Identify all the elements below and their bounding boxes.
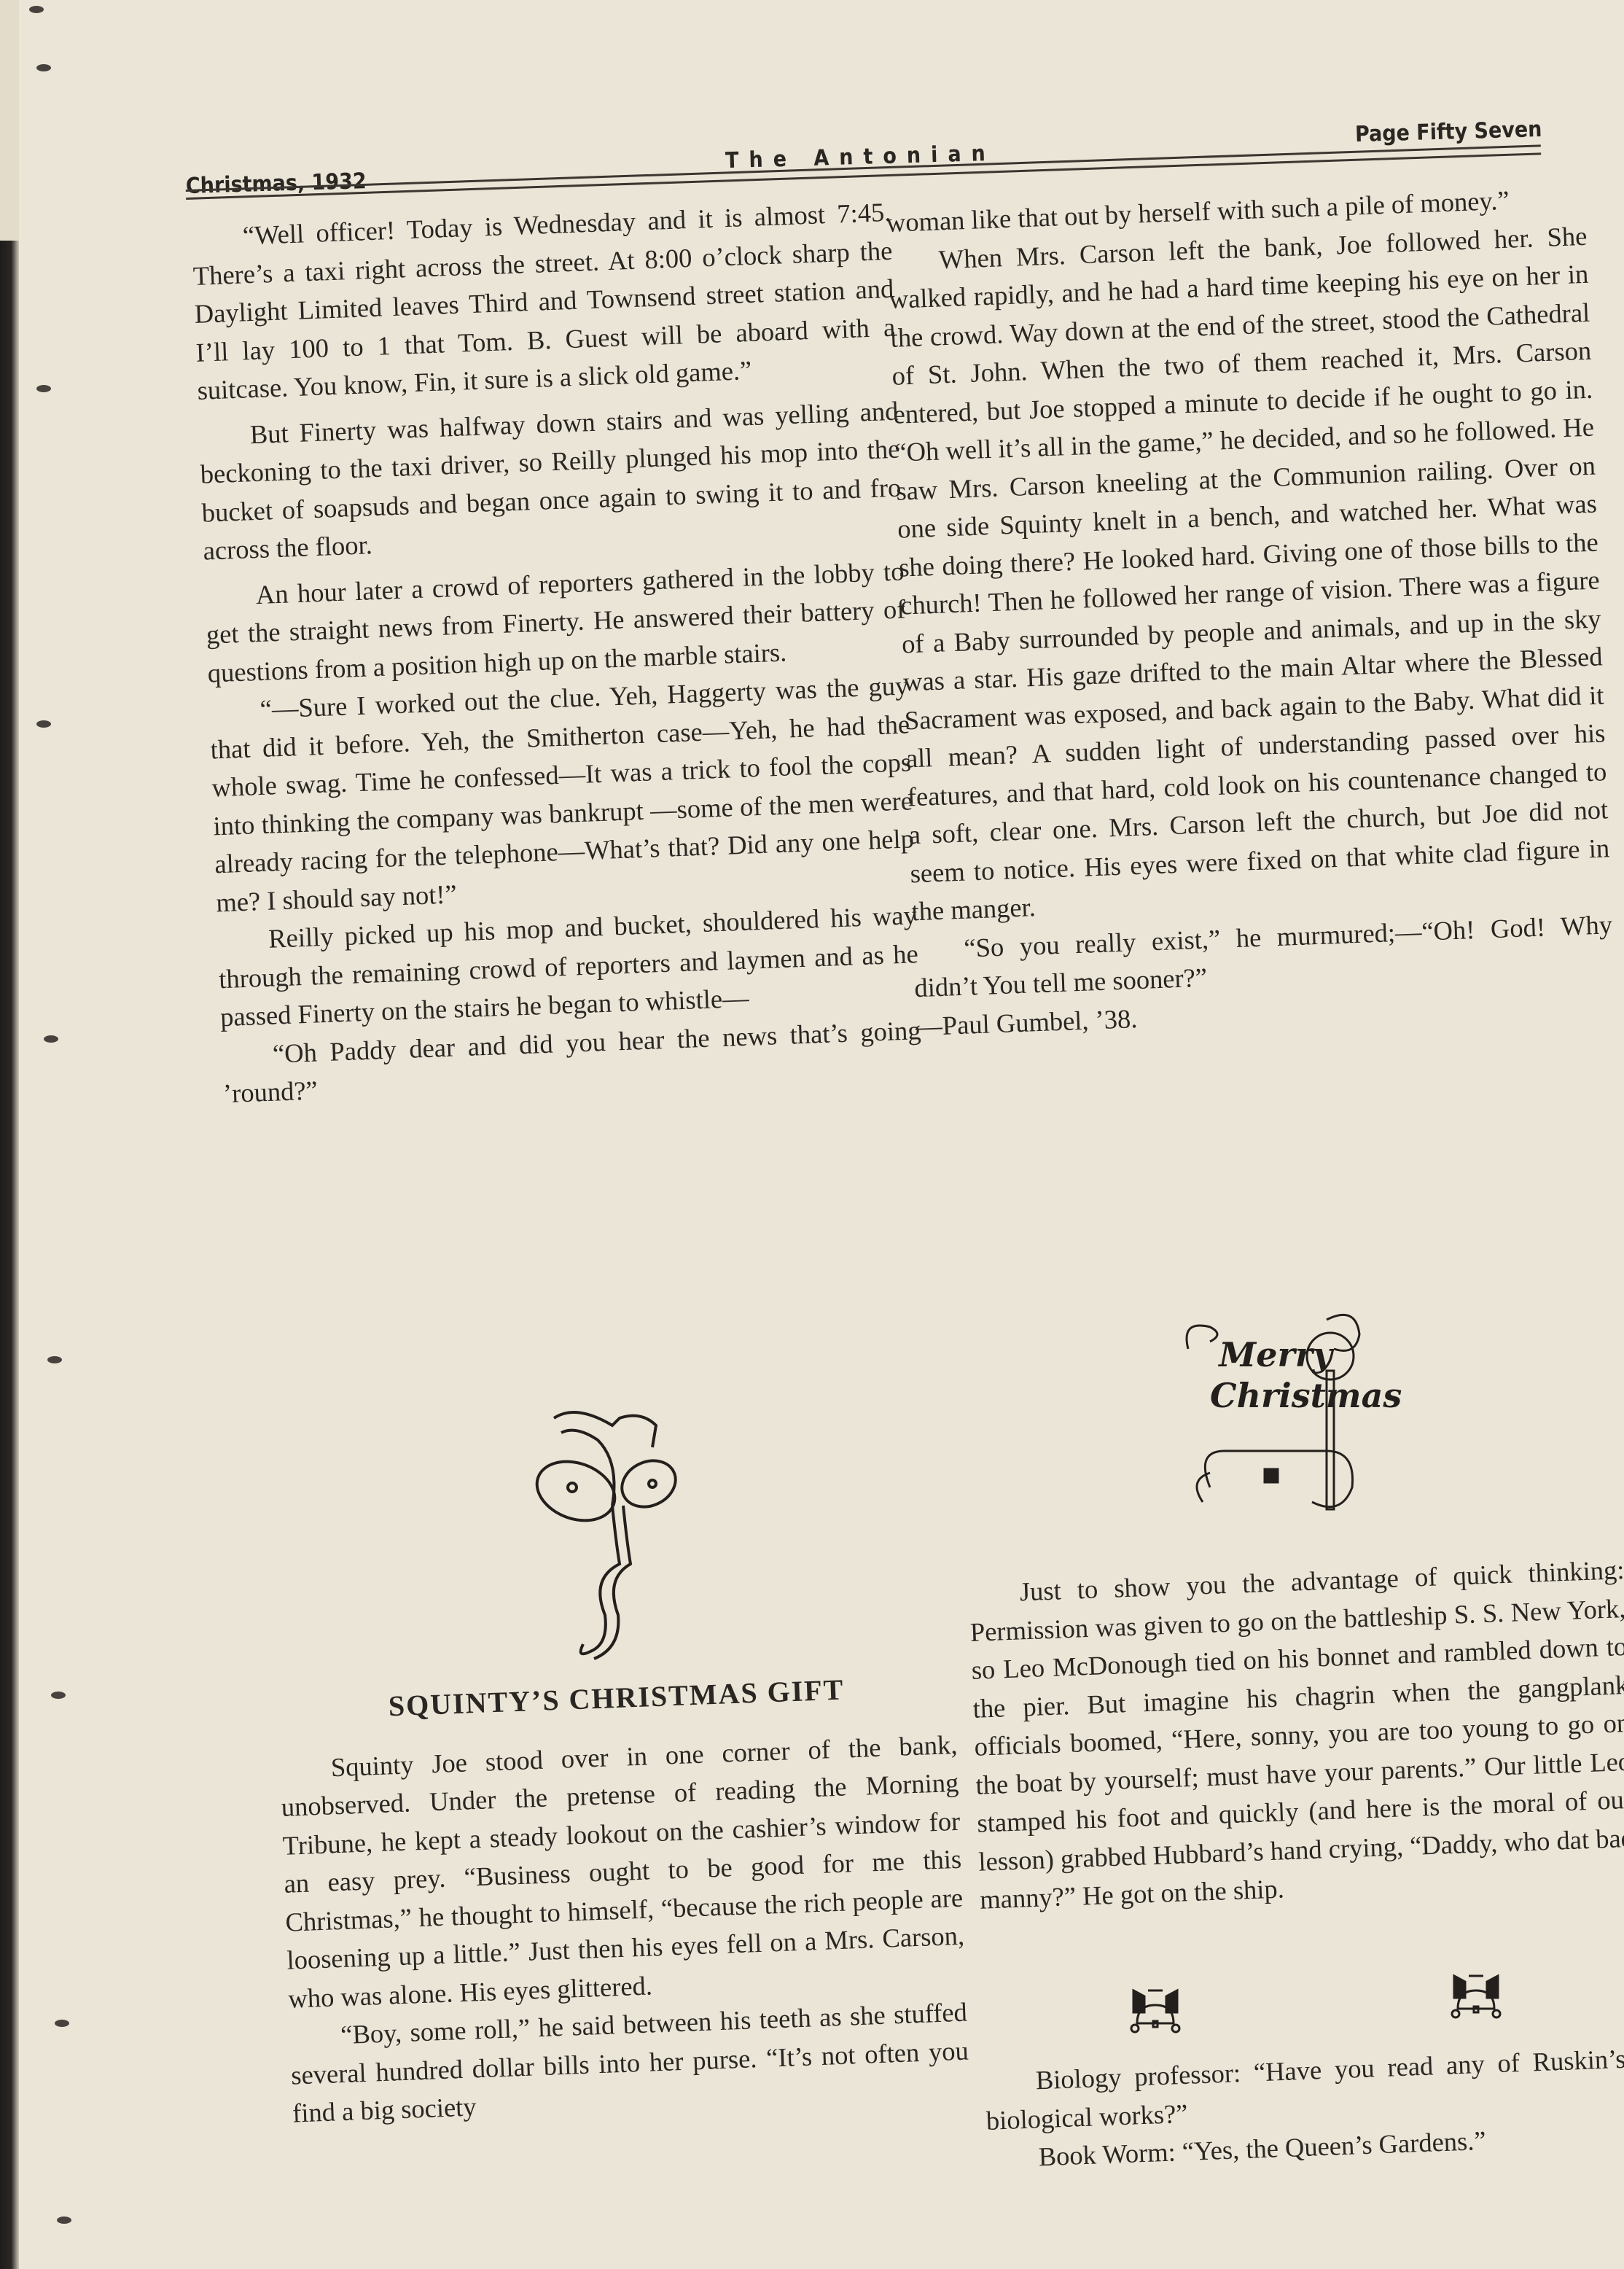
right-column-top: woman like that out by herself with such… xyxy=(886,179,1616,1046)
paragraph: Squinty Joe stood over in one corner of … xyxy=(279,1725,967,2017)
paragraph: “Well officer! Today is Wednesday and it… xyxy=(191,193,897,410)
merry-christmas-ornament: Merry Christmas xyxy=(1181,1305,1363,1524)
christmas-bells-illustration xyxy=(532,1396,692,1673)
paragraph: “—Sure I worked out the clue. Yeh, Hagge… xyxy=(208,666,916,922)
bell-ornament-icon xyxy=(1447,1969,1505,2027)
joke-biology-professor: Biology professor: “Have you read any of… xyxy=(984,2040,1624,2179)
anecdote-leo-mcdonough: Just to show you the advantage of quick … xyxy=(968,1551,1624,1919)
greeting-line-1: Merry xyxy=(1210,1334,1341,1375)
paragraph: “Boy, some roll,” he said between his te… xyxy=(289,1993,970,2133)
bell-ornament-icon xyxy=(1126,1983,1184,2042)
paragraph: When Mrs. Carson left the bank, Joe foll… xyxy=(887,217,1612,931)
document-page: Christmas, 1932 The Antonian Page Fifty … xyxy=(0,0,1624,2269)
paragraph: Just to show you the advantage of quick … xyxy=(968,1551,1624,1919)
story-title: SQUINTY’S CHRISTMAS GIFT xyxy=(277,1667,956,1730)
page-number: Page Fifty Seven xyxy=(1354,117,1542,147)
left-column-top: “Well officer! Today is Wednesday and it… xyxy=(191,193,923,1113)
story-squintys-christmas-gift: SQUINTY’S CHRISTMAS GIFT Squinty Joe sto… xyxy=(277,1667,971,2133)
greeting-line-2: Christmas xyxy=(1210,1375,1341,1416)
paragraph: But Finerty was halfway down stairs and … xyxy=(198,392,903,570)
